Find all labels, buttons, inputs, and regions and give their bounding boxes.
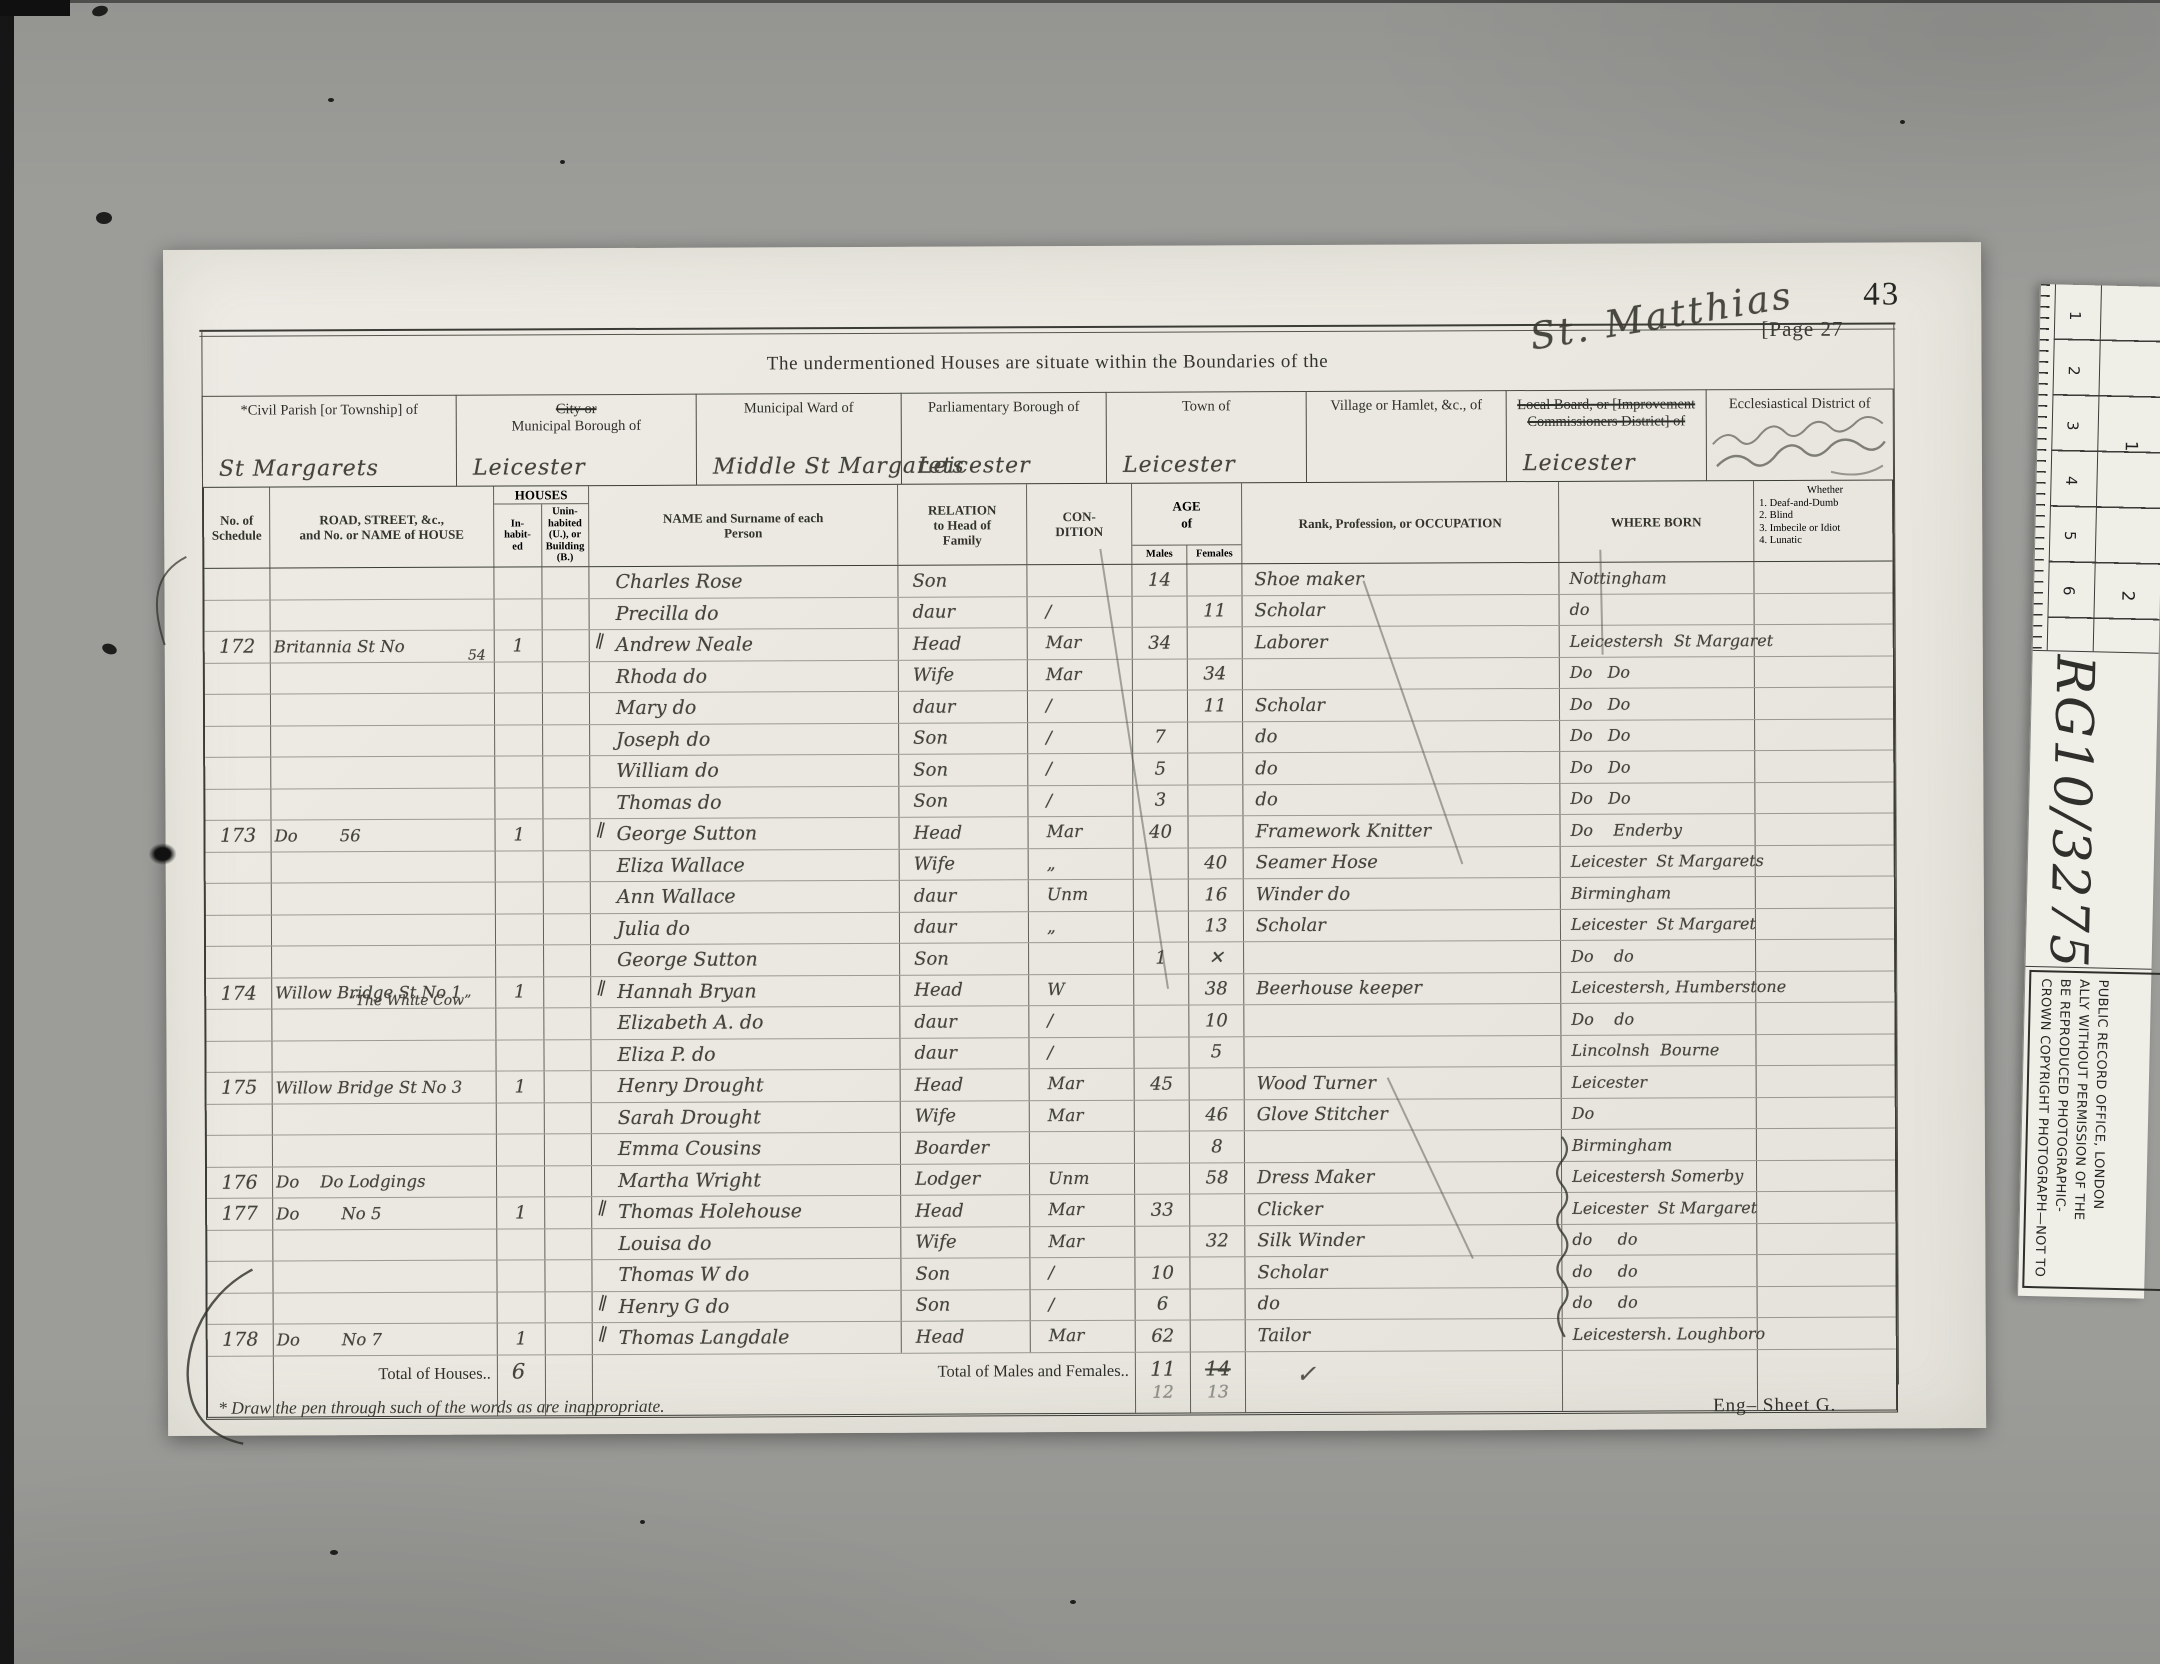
cell-occupation: Wood Turner <box>1245 1067 1562 1099</box>
cell-schedule <box>205 663 271 694</box>
cell-infirmity <box>1757 1128 1897 1159</box>
cell-schedule <box>206 884 272 915</box>
cell-where-born: Do Do <box>1560 751 1755 782</box>
cell-where-born: Do Do <box>1560 657 1755 688</box>
cell-occupation: Scholar <box>1245 1256 1562 1288</box>
cell-relation: Son <box>900 943 1029 974</box>
header-box-label-line: Municipal Borough of <box>511 418 641 435</box>
col-header-uninhabited: Unin- habited (U.), or Building (B.) <box>542 504 589 566</box>
header-box: *Civil Parish [or Township] ofSt Margare… <box>202 395 457 488</box>
cell-age-male <box>1134 880 1189 911</box>
cell-inhabited <box>496 914 544 945</box>
cell-name: Julia do <box>591 912 900 944</box>
cell-inhabited <box>495 599 543 630</box>
col-header-occupation: Rank, Profession, or OCCUPATION <box>1242 482 1559 563</box>
cell-inhabited <box>496 1008 544 1039</box>
cell-relation: Son <box>902 1290 1031 1321</box>
cell-infirmity <box>1755 750 1895 781</box>
cell-infirmity <box>1756 971 1896 1002</box>
dust-speck <box>640 1520 645 1524</box>
cell-occupation: Scholar <box>1243 594 1560 626</box>
cell-occupation: Scholar <box>1244 909 1561 941</box>
film-edge-top <box>0 0 2160 3</box>
cell-age-female: 32 <box>1190 1226 1245 1257</box>
cell-where-born: Do Do <box>1560 688 1755 719</box>
cell-schedule <box>206 852 272 883</box>
cell-street: Do Do Lodgings <box>273 1166 497 1197</box>
cell-uninhabited <box>544 977 591 1008</box>
cell-occupation: do <box>1243 783 1560 815</box>
cell-inhabited: 1 <box>497 1197 545 1228</box>
cell-street: Do 56 <box>271 820 495 851</box>
ruler-number: 1 <box>2066 311 2084 321</box>
ruler-line <box>2093 285 2102 651</box>
cell-age-female: 5 <box>1189 1037 1244 1068</box>
cell-condition <box>1030 1132 1135 1163</box>
cell-name: Martha Wright <box>592 1164 901 1196</box>
cell-age-male: 10 <box>1135 1258 1190 1289</box>
totals-check-cell: ✓ <box>1246 1350 1563 1411</box>
cell-occupation: Framework Knitter <box>1243 815 1560 847</box>
cell-schedule <box>205 695 271 726</box>
cell-age-female: 10 <box>1189 1005 1244 1036</box>
cell-schedule: 176 <box>207 1167 273 1198</box>
cell-age-female <box>1190 1194 1245 1225</box>
header-box-label: Town of <box>1107 392 1306 416</box>
cell-uninhabited <box>543 662 590 693</box>
cell-street: Willow Bridge St No 1“The White Cow” <box>272 977 496 1008</box>
cell-relation: Boarder <box>901 1132 1030 1163</box>
cell-age-male <box>1133 691 1188 722</box>
cell-relation: daur <box>900 912 1029 943</box>
cell-infirmity <box>1757 1254 1897 1285</box>
cell-name: Sarah Drought <box>592 1101 901 1133</box>
total-males-correction: 12 <box>1136 1382 1190 1402</box>
header-box: Municipal Ward ofMiddle St Margarets <box>697 393 902 486</box>
cell-age-female <box>1190 1257 1245 1288</box>
cell-age-male <box>1134 1037 1189 1068</box>
cell-street <box>273 1135 497 1166</box>
ruler-number: 2 <box>2065 366 2083 376</box>
header-box-label: Parliamentary Borough of <box>902 393 1106 417</box>
header-box-value: Leicester <box>918 453 1031 478</box>
cell-inhabited <box>494 567 542 598</box>
cell-where-born: Leicestersh Somerby <box>1562 1161 1757 1192</box>
cell-street <box>271 788 495 819</box>
cell-where-born: Leicester <box>1562 1066 1757 1097</box>
cell-infirmity <box>1758 1317 1898 1348</box>
cell-age-female: 11 <box>1188 596 1243 627</box>
cell-relation: Wife <box>900 849 1029 880</box>
cell-uninhabited <box>546 1323 593 1354</box>
dust-speck <box>560 160 565 164</box>
cell-age-male: 6 <box>1136 1289 1191 1320</box>
header-box-value: Leicester <box>1123 452 1236 477</box>
header-box-label-line: Town of <box>1182 398 1231 414</box>
cell-condition: / <box>1029 1037 1134 1068</box>
cell-age-female <box>1188 627 1243 658</box>
cell-schedule: 172 <box>205 632 271 663</box>
cell-schedule <box>205 600 271 631</box>
cell-schedule <box>207 1230 273 1261</box>
total-females: 14 <box>1191 1356 1245 1380</box>
cell-name: Ann Wallace <box>591 881 900 913</box>
cell-street <box>271 694 495 725</box>
col-header-condition: CON- DITION <box>1027 484 1132 564</box>
cell-where-born: do do <box>1562 1224 1757 1255</box>
cell-where-born: Lincolnsh Bourne <box>1561 1035 1756 1066</box>
cell-relation: Head <box>902 1321 1031 1352</box>
cell-street: Do No 7 <box>274 1324 498 1355</box>
cell-age-male: 14 <box>1132 565 1187 596</box>
cell-condition <box>1027 565 1132 596</box>
header-box: Village or Hamlet, &c., of <box>1307 390 1507 483</box>
cell-street <box>272 1009 496 1040</box>
cell-age-male: 5 <box>1133 754 1188 785</box>
cell-age-male <box>1135 1132 1190 1163</box>
cell-street: Willow Bridge St No 3 <box>273 1072 497 1103</box>
col-header-infirmity: Whether 1. Deaf-and-Dumb2. Blind3. Imbec… <box>1754 480 1894 561</box>
cell-street <box>271 662 495 693</box>
cell-infirmity <box>1755 593 1895 624</box>
cell-condition: / <box>1028 785 1133 816</box>
cell-schedule: 177 <box>207 1199 273 1230</box>
cell-relation: Son <box>899 786 1028 817</box>
cell-age-female <box>1191 1289 1246 1320</box>
cell-condition <box>1029 943 1134 974</box>
cell-age-male <box>1134 1006 1189 1037</box>
copyright-box: CROWN COPYRIGHT PHOTOGRAPH—NOT TOBE REPR… <box>2022 970 2160 1291</box>
total-males-females-label: Total of Males and Females.. <box>938 1360 1129 1381</box>
table-body: Charles RoseSon14Shoe makerNottinghamPre… <box>204 561 1895 1356</box>
ruler-number: 5 <box>2061 531 2079 541</box>
cell-age-female <box>1190 1068 1245 1099</box>
cell-relation: daur <box>900 880 1029 911</box>
dust-speck <box>91 4 109 18</box>
ruler-number: 6 <box>2060 586 2078 596</box>
cell-street <box>272 1040 496 1071</box>
cell-uninhabited <box>545 1260 592 1291</box>
cell-occupation: do <box>1243 752 1560 784</box>
cell-name: Eliza Wallace <box>591 849 900 881</box>
col-header-inhabited: In- habit- ed <box>494 504 542 566</box>
cell-uninhabited <box>544 914 591 945</box>
cell-age-male: 62 <box>1136 1321 1191 1352</box>
header-box: City orMunicipal Borough ofLeicester <box>457 394 697 487</box>
cell-infirmity <box>1755 624 1895 655</box>
cell-schedule <box>205 789 271 820</box>
cell-uninhabited <box>543 693 590 724</box>
dust-speck <box>330 1550 338 1555</box>
cell-street <box>274 1292 498 1323</box>
header-box-label-line: Municipal Ward of <box>744 400 854 416</box>
cell-where-born: Leicester St Margaret <box>1562 1192 1757 1223</box>
header-box-label-line: Commissioners District] of <box>1527 413 1685 430</box>
cell-relation: daur <box>900 1038 1029 1069</box>
cell-name: Thomas W do <box>592 1259 901 1291</box>
cell-age-male: 33 <box>1135 1195 1190 1226</box>
cell-occupation <box>1244 941 1561 973</box>
col-header-road: ROAD, STREET, &c., and No. or NAME of HO… <box>270 487 494 568</box>
col-header-males: Males <box>1132 546 1187 564</box>
header-box: Ecclesiastical District of <box>1707 388 1894 481</box>
header-box-label-line: Local Board, or [Improvement <box>1517 396 1695 413</box>
cell-schedule: 174 <box>206 978 272 1009</box>
cell-infirmity <box>1756 1002 1896 1033</box>
header-box: Parliamentary Borough ofLeicester <box>902 392 1107 485</box>
cell-relation: Head <box>900 975 1029 1006</box>
cell-uninhabited <box>543 599 590 630</box>
cell-age-female: 58 <box>1190 1163 1245 1194</box>
cell-relation: daur <box>899 597 1028 628</box>
cell-age-male: 7 <box>1133 722 1188 753</box>
cell-uninhabited <box>544 945 591 976</box>
cell-where-born: Leicester St Margarets <box>1561 846 1756 877</box>
cell-inhabited <box>497 1103 545 1134</box>
cell-occupation <box>1243 657 1560 689</box>
cell-infirmity <box>1756 845 1896 876</box>
cell-street-secondary: “The White Cow” <box>348 992 471 1009</box>
cell-where-born: Do do <box>1561 940 1756 971</box>
page-ref: [Page 27 <box>1761 317 1843 342</box>
cell-infirmity <box>1757 1065 1897 1096</box>
cell-street: Do No 5 <box>273 1198 497 1229</box>
ruler: 123456 12 <box>2033 284 2160 653</box>
cell-where-born: Do <box>1562 1098 1757 1129</box>
cell-occupation: Dress Maker <box>1245 1161 1562 1193</box>
cell-inhabited <box>498 1292 546 1323</box>
archive-reference-strip: 123456 12 RG10/3275 CROWN COPYRIGHT PHOT… <box>2017 284 2160 1299</box>
cell-relation: Wife <box>901 1227 1030 1258</box>
cell-inhabited <box>497 1134 545 1165</box>
census-page: 43 [Page 27 St. Matthias The undermentio… <box>163 242 1986 1436</box>
header-box-label-line: Village or Hamlet, &c., of <box>1330 397 1482 414</box>
cell-relation: Wife <box>899 660 1028 691</box>
cell-street <box>271 599 495 630</box>
cell-relation: Son <box>899 723 1028 754</box>
cell-age-female <box>1188 816 1243 847</box>
cell-uninhabited <box>543 819 590 850</box>
cell-condition: / <box>1029 1006 1134 1037</box>
cell-occupation <box>1244 1004 1561 1036</box>
header-box-label: Village or Hamlet, &c., of <box>1307 391 1506 415</box>
ink-blot <box>149 843 177 865</box>
cell-occupation: Winder do <box>1244 878 1561 910</box>
cell-where-born: Do Do <box>1560 783 1755 814</box>
cell-age-female: 13 <box>1189 911 1244 942</box>
cell-age-female <box>1188 785 1243 816</box>
header-box-label-line: *Civil Parish [or Township] of <box>240 402 418 419</box>
col-header-schedule: No. of Schedule <box>204 488 270 568</box>
cell-condition: / <box>1028 722 1133 753</box>
cell-uninhabited <box>545 1197 592 1228</box>
cell-relation: daur <box>899 691 1028 722</box>
cell-occupation: Beerhouse keeper <box>1244 972 1561 1004</box>
cell-schedule: 175 <box>207 1073 273 1104</box>
cell-inhabited: 1 <box>495 630 543 661</box>
cell-relation: Son <box>901 1258 1030 1289</box>
header-box-label: Local Board, or [ImprovementCommissioner… <box>1507 390 1706 431</box>
cell-uninhabited <box>543 630 590 661</box>
cell-street <box>273 1103 497 1134</box>
cell-age-female: 11 <box>1188 690 1243 721</box>
cell-where-born: do do <box>1562 1255 1757 1286</box>
cell-occupation <box>1244 1035 1561 1067</box>
cell-infirmity <box>1756 908 1896 939</box>
cell-street: Britannia St No54 <box>271 631 495 662</box>
cell-street <box>272 914 496 945</box>
cell-schedule <box>205 726 271 757</box>
pen-squiggle <box>1550 1137 1581 1337</box>
cell-condition: Unm <box>1029 880 1134 911</box>
total-checkmark: ✓ <box>1296 1359 1316 1387</box>
page-number: 43 <box>1863 276 1900 313</box>
ruler-number: 3 <box>2063 421 2081 431</box>
ruler-number-inner: 1 <box>2121 440 2141 451</box>
cell-inhabited: 1 <box>495 819 543 850</box>
cell-condition: / <box>1028 691 1133 722</box>
cell-name: William do <box>590 755 899 787</box>
cell-inhabited <box>495 725 543 756</box>
cell-occupation <box>1245 1130 1562 1162</box>
cell-name: Thomas Langdale <box>593 1322 902 1354</box>
cell-relation: Son <box>898 565 1027 596</box>
cell-age-female: ✕ <box>1189 942 1244 973</box>
header-box-label: Municipal Ward of <box>697 394 901 418</box>
ruler-line <box>2047 284 2056 650</box>
col-header-age: AGE of Males Females <box>1132 483 1242 563</box>
cell-infirmity <box>1755 813 1895 844</box>
cell-age-female: 34 <box>1188 659 1243 690</box>
cell-schedule <box>207 1104 273 1135</box>
dust-speck <box>328 98 334 102</box>
cell-infirmity <box>1757 1223 1897 1254</box>
cell-condition: Mar <box>1030 1195 1135 1226</box>
infirmity-whether: Whether <box>1759 484 1891 497</box>
cell-infirmity <box>1755 719 1895 750</box>
cell-infirmity <box>1757 1097 1897 1128</box>
cell-name: Elizabeth A. do <box>591 1007 900 1039</box>
cell-occupation: Tailor <box>1246 1319 1563 1351</box>
cell-street <box>270 568 494 599</box>
cell-name: Thomas do <box>590 786 899 818</box>
total-males: 11 <box>1136 1356 1190 1380</box>
cell-street <box>271 725 495 756</box>
infirmity-options: 1. Deaf-and-Dumb2. Blind3. Imbecile or I… <box>1759 497 1891 548</box>
cell-inhabited <box>495 662 543 693</box>
cell-name: Joseph do <box>590 723 899 755</box>
cell-age-female: 46 <box>1190 1100 1245 1131</box>
cell-name: Mary do <box>590 692 899 724</box>
cell-name: Louisa do <box>592 1227 901 1259</box>
cell-uninhabited <box>543 788 590 819</box>
cell-relation: Lodger <box>901 1164 1030 1195</box>
cell-age-female <box>1188 753 1243 784</box>
cell-uninhabited <box>545 1071 592 1102</box>
cell-uninhabited <box>543 756 590 787</box>
form-header-boxes: *Civil Parish [or Township] ofSt Margare… <box>202 388 1894 487</box>
cell-condition: Mar <box>1030 1100 1135 1131</box>
cell-name: Thomas Holehouse <box>592 1196 901 1228</box>
cell-age-female: 40 <box>1189 848 1244 879</box>
cell-infirmity <box>1755 687 1895 718</box>
cell-where-born: Birmingham <box>1561 877 1756 908</box>
cell-occupation: Clicker <box>1245 1193 1562 1225</box>
cell-inhabited <box>497 1260 545 1291</box>
margin-curve <box>146 553 190 649</box>
cell-uninhabited <box>544 851 591 882</box>
cell-age-male <box>1134 848 1189 879</box>
totals-males-cell: 11 12 <box>1136 1352 1191 1412</box>
cell-where-born: do do <box>1563 1287 1758 1318</box>
cell-uninhabited <box>545 1229 592 1260</box>
cell-name: Charles Rose <box>589 566 898 598</box>
cell-infirmity <box>1756 876 1896 907</box>
cell-age-female: 38 <box>1189 974 1244 1005</box>
header-box-label-line: City or <box>556 401 597 417</box>
archive-reference: RG10/3275 <box>2038 654 2105 961</box>
table-header: No. of Schedule ROAD, STREET, &c., and N… <box>204 480 1892 568</box>
cell-schedule <box>205 758 271 789</box>
cell-condition: Mar <box>1031 1321 1136 1352</box>
ruler-number: 4 <box>2062 476 2080 486</box>
cell-schedule: 173 <box>205 821 271 852</box>
cell-uninhabited <box>545 1134 592 1165</box>
cell-where-born: Leicestersh, Humberstone <box>1561 972 1756 1003</box>
cell-relation: Head <box>899 628 1028 659</box>
cell-occupation: do <box>1243 720 1560 752</box>
cell-condition: / <box>1028 596 1133 627</box>
cell-where-born: Leicester St Margaret <box>1561 909 1756 940</box>
copyright-notice: CROWN COPYRIGHT PHOTOGRAPH—NOT TOBE REPR… <box>2029 978 2112 1280</box>
cell-uninhabited <box>544 1008 591 1039</box>
cell-inhabited <box>497 1229 545 1260</box>
infirmity-option: 4. Lunatic <box>1759 534 1891 547</box>
cell-name: George Sutton <box>591 944 900 976</box>
cell-where-born: Birmingham <box>1562 1129 1757 1160</box>
cell-condition: / <box>1030 1258 1135 1289</box>
film-edge-corner <box>0 0 70 16</box>
total-females-correction: 13 <box>1191 1382 1245 1402</box>
totals-females-cell: 14 13 <box>1191 1352 1246 1412</box>
total-houses-value: 6 <box>512 1359 525 1383</box>
cell-age-male <box>1133 659 1188 690</box>
cell-infirmity <box>1754 561 1894 592</box>
cell-relation: Head <box>901 1069 1030 1100</box>
cell-infirmity <box>1755 656 1895 687</box>
col-header-born: WHERE BORN <box>1559 481 1754 562</box>
cell-uninhabited <box>542 567 589 598</box>
col-header-houses: HOUSES In- habit- ed Unin- habited (U.),… <box>494 486 589 566</box>
dust-speck <box>101 642 119 657</box>
cell-name: Eliza P. do <box>591 1038 900 1070</box>
cell-street <box>272 883 496 914</box>
cell-condition: / <box>1028 754 1133 785</box>
dust-speck <box>1070 1600 1076 1604</box>
cell-inhabited <box>495 693 543 724</box>
cell-inhabited: 1 <box>496 977 544 1008</box>
header-box: Local Board, or [ImprovementCommissioner… <box>1507 389 1707 482</box>
cell-uninhabited <box>546 1292 593 1323</box>
dust-speck <box>96 212 112 224</box>
cell-infirmity <box>1757 1160 1897 1191</box>
form-title: The undermentioned Houses are situate wi… <box>201 348 1893 377</box>
cell-relation: Head <box>899 817 1028 848</box>
cell-relation: Son <box>899 754 1028 785</box>
col-header-name: NAME and Surname of each Person <box>589 485 898 566</box>
totals-mf-label-cell: Total of Males and Females.. <box>593 1352 1136 1414</box>
col-header-relation: RELATION to Head of Family <box>898 484 1027 565</box>
